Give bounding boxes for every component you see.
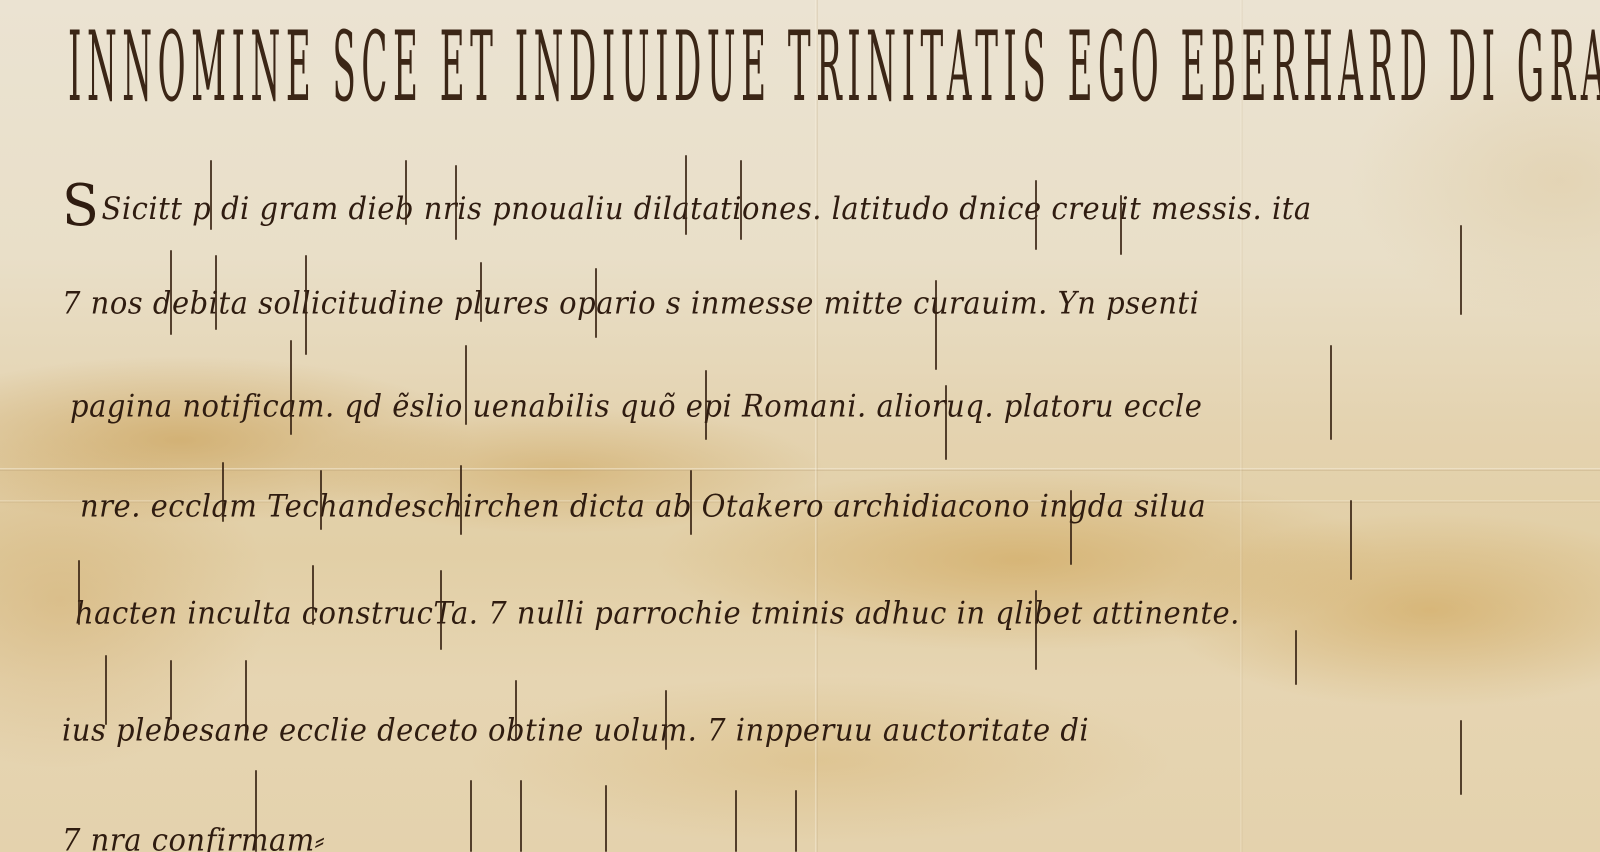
ascender-stroke — [320, 470, 322, 530]
ascender-stroke — [465, 345, 467, 425]
ascender-stroke — [1035, 180, 1037, 250]
ascender-stroke — [595, 268, 597, 338]
ascender-stroke — [665, 690, 667, 750]
initial-letter-s: S — [62, 173, 100, 239]
ascender-stroke — [1120, 195, 1122, 255]
ascender-stroke — [1295, 630, 1297, 685]
ascender-stroke — [605, 785, 607, 852]
charter-text-line-7: 7 nra confirmam⸗ — [62, 822, 325, 852]
line-1-text: Sicitt p di gram dieb nris pnoualiu dila… — [102, 191, 1312, 227]
ascender-stroke — [460, 465, 462, 535]
ascender-stroke — [1460, 720, 1462, 795]
ascender-stroke — [305, 255, 307, 355]
charter-text-line-2: 7 nos debita sollicitudine plures opario… — [62, 285, 1199, 321]
ascender-stroke — [1330, 345, 1332, 440]
ascender-stroke — [170, 250, 172, 335]
ascender-stroke — [735, 790, 737, 852]
charter-invocation-heading: INNOMINE SCE ET INDIUIDUE TRINITATIS EGO… — [68, 10, 1600, 123]
ascender-stroke — [255, 770, 257, 852]
ascender-stroke — [470, 780, 472, 852]
ascender-stroke — [1350, 500, 1352, 580]
ascender-stroke — [945, 385, 947, 460]
ascender-stroke — [1070, 490, 1072, 565]
ascender-stroke — [105, 655, 107, 725]
ascender-stroke — [312, 565, 314, 625]
ascender-stroke — [78, 560, 80, 625]
ascender-stroke — [935, 280, 937, 370]
ascender-stroke — [170, 660, 172, 720]
ascender-stroke — [1460, 225, 1462, 315]
ascender-stroke — [440, 570, 442, 650]
charter-text-line-3: pagina notificam. qd ẽslio uenabilis quõ… — [70, 388, 1202, 424]
ascender-stroke — [690, 470, 692, 535]
ascender-stroke — [685, 155, 687, 235]
vertical-fold — [1240, 0, 1243, 852]
charter-text-line-6: ius plebesane ecclie deceto obtine uolum… — [62, 712, 1089, 748]
ascender-stroke — [480, 262, 482, 322]
ascender-stroke — [455, 165, 457, 240]
ascender-stroke — [740, 160, 742, 240]
ascender-stroke — [1035, 590, 1037, 670]
charter-text-line-5: hacten inculta construcTa. 7 nulli parro… — [75, 595, 1240, 631]
ascender-stroke — [405, 160, 407, 225]
ascender-stroke — [215, 255, 217, 330]
ascender-stroke — [520, 780, 522, 852]
ascender-stroke — [290, 340, 292, 435]
ascender-stroke — [222, 462, 224, 522]
ascender-stroke — [210, 160, 212, 230]
ascender-stroke — [795, 790, 797, 852]
charter-text-line-4: nre. ecclam Techandeschirchen dicta ab O… — [80, 488, 1206, 524]
ascender-stroke — [515, 680, 517, 740]
ascender-stroke — [705, 370, 707, 440]
ascender-stroke — [245, 660, 247, 740]
horizontal-fold — [0, 468, 1600, 471]
